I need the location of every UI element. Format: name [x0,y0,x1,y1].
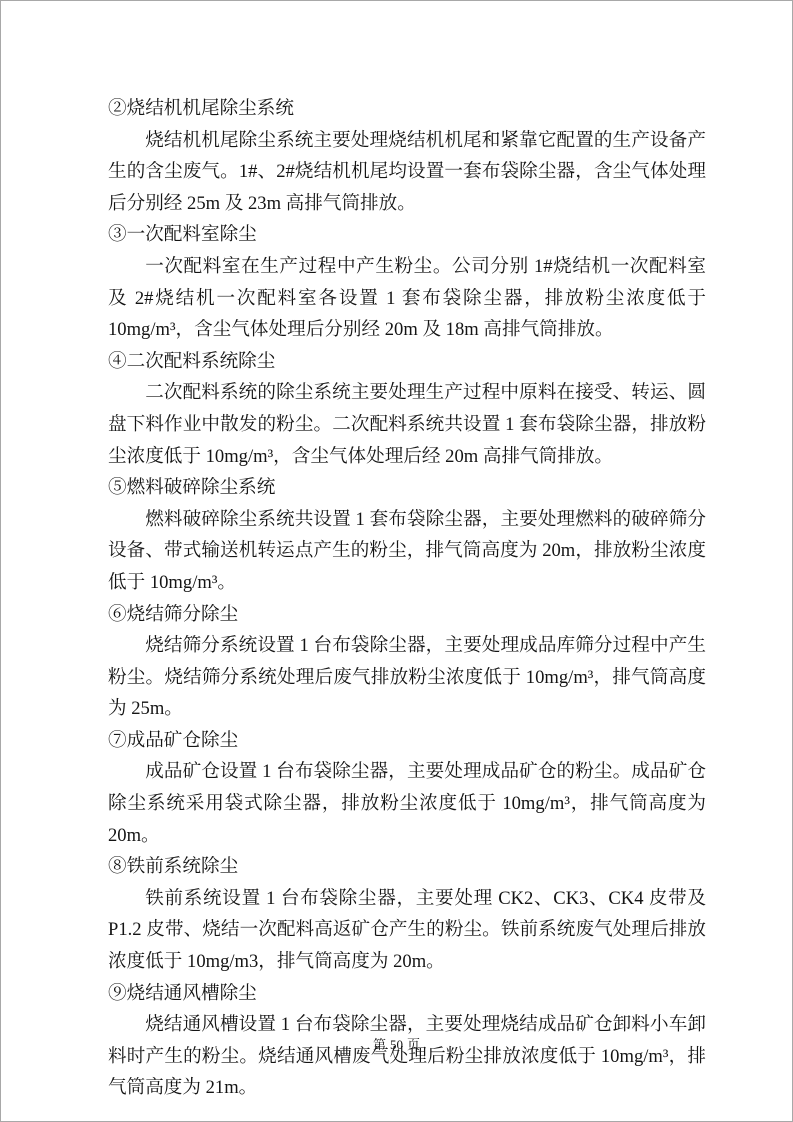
section-5: ⑤燃料破碎除尘系统 燃料破碎除尘系统共设置 1 套布袋除尘器，主要处理燃料的破碎… [108,472,706,598]
section-paragraph: 铁前系统设置 1 台布袋除尘器，主要处理 CK2、CK3、CK4 皮带及 P1.… [108,883,706,978]
section-heading: ⑤燃料破碎除尘系统 [108,472,706,504]
page-number: 50 [390,1037,403,1052]
section-heading: ⑥烧结筛分除尘 [108,599,706,631]
section-4: ④二次配料系统除尘 二次配料系统的除尘系统主要处理生产过程中原料在接受、转运、圆… [108,346,706,472]
document-page: ②烧结机机尾除尘系统 烧结机机尾除尘系统主要处理烧结机机尾和紧靠它配置的生产设备… [0,0,793,1122]
section-paragraph: 烧结通风槽设置 1 台布袋除尘器，主要处理烧结成品矿仓卸料小车卸料时产生的粉尘。… [108,1009,706,1104]
section-paragraph: 烧结筛分系统设置 1 台布袋除尘器，主要处理成品库筛分过程中产生粉尘。烧结筛分系… [108,630,706,725]
section-heading: ⑨烧结通风槽除尘 [108,978,706,1010]
section-paragraph: 烧结机机尾除尘系统主要处理烧结机机尾和紧靠它配置的生产设备产生的含尘废气。1#、… [108,125,706,220]
page-footer: 第50页 [1,1035,792,1055]
section-8: ⑧铁前系统除尘 铁前系统设置 1 台布袋除尘器，主要处理 CK2、CK3、CK4… [108,851,706,977]
section-heading: ⑧铁前系统除尘 [108,851,706,883]
section-paragraph: 成品矿仓设置 1 台布袋除尘器，主要处理成品矿仓的粉尘。成品矿仓除尘系统采用袋式… [108,756,706,851]
document-body: ②烧结机机尾除尘系统 烧结机机尾除尘系统主要处理烧结机机尾和紧靠它配置的生产设备… [108,93,706,1104]
section-6: ⑥烧结筛分除尘 烧结筛分系统设置 1 台布袋除尘器，主要处理成品库筛分过程中产生… [108,599,706,725]
section-3: ③一次配料室除尘 一次配料室在生产过程中产生粉尘。公司分别 1#烧结机一次配料室… [108,219,706,345]
section-heading: ②烧结机机尾除尘系统 [108,93,706,125]
section-2: ②烧结机机尾除尘系统 烧结机机尾除尘系统主要处理烧结机机尾和紧靠它配置的生产设备… [108,93,706,219]
section-7: ⑦成品矿仓除尘 成品矿仓设置 1 台布袋除尘器，主要处理成品矿仓的粉尘。成品矿仓… [108,725,706,851]
section-paragraph: 二次配料系统的除尘系统主要处理生产过程中原料在接受、转运、圆盘下料作业中散发的粉… [108,377,706,472]
section-heading: ⑦成品矿仓除尘 [108,725,706,757]
section-paragraph: 燃料破碎除尘系统共设置 1 套布袋除尘器，主要处理燃料的破碎筛分设备、带式输送机… [108,504,706,599]
section-heading: ③一次配料室除尘 [108,219,706,251]
page-footer-suffix: 页 [407,1037,420,1052]
section-heading: ④二次配料系统除尘 [108,346,706,378]
page-footer-prefix: 第 [373,1037,386,1052]
section-paragraph: 一次配料室在生产过程中产生粉尘。公司分别 1#烧结机一次配料室及 2#烧结机一次… [108,251,706,346]
